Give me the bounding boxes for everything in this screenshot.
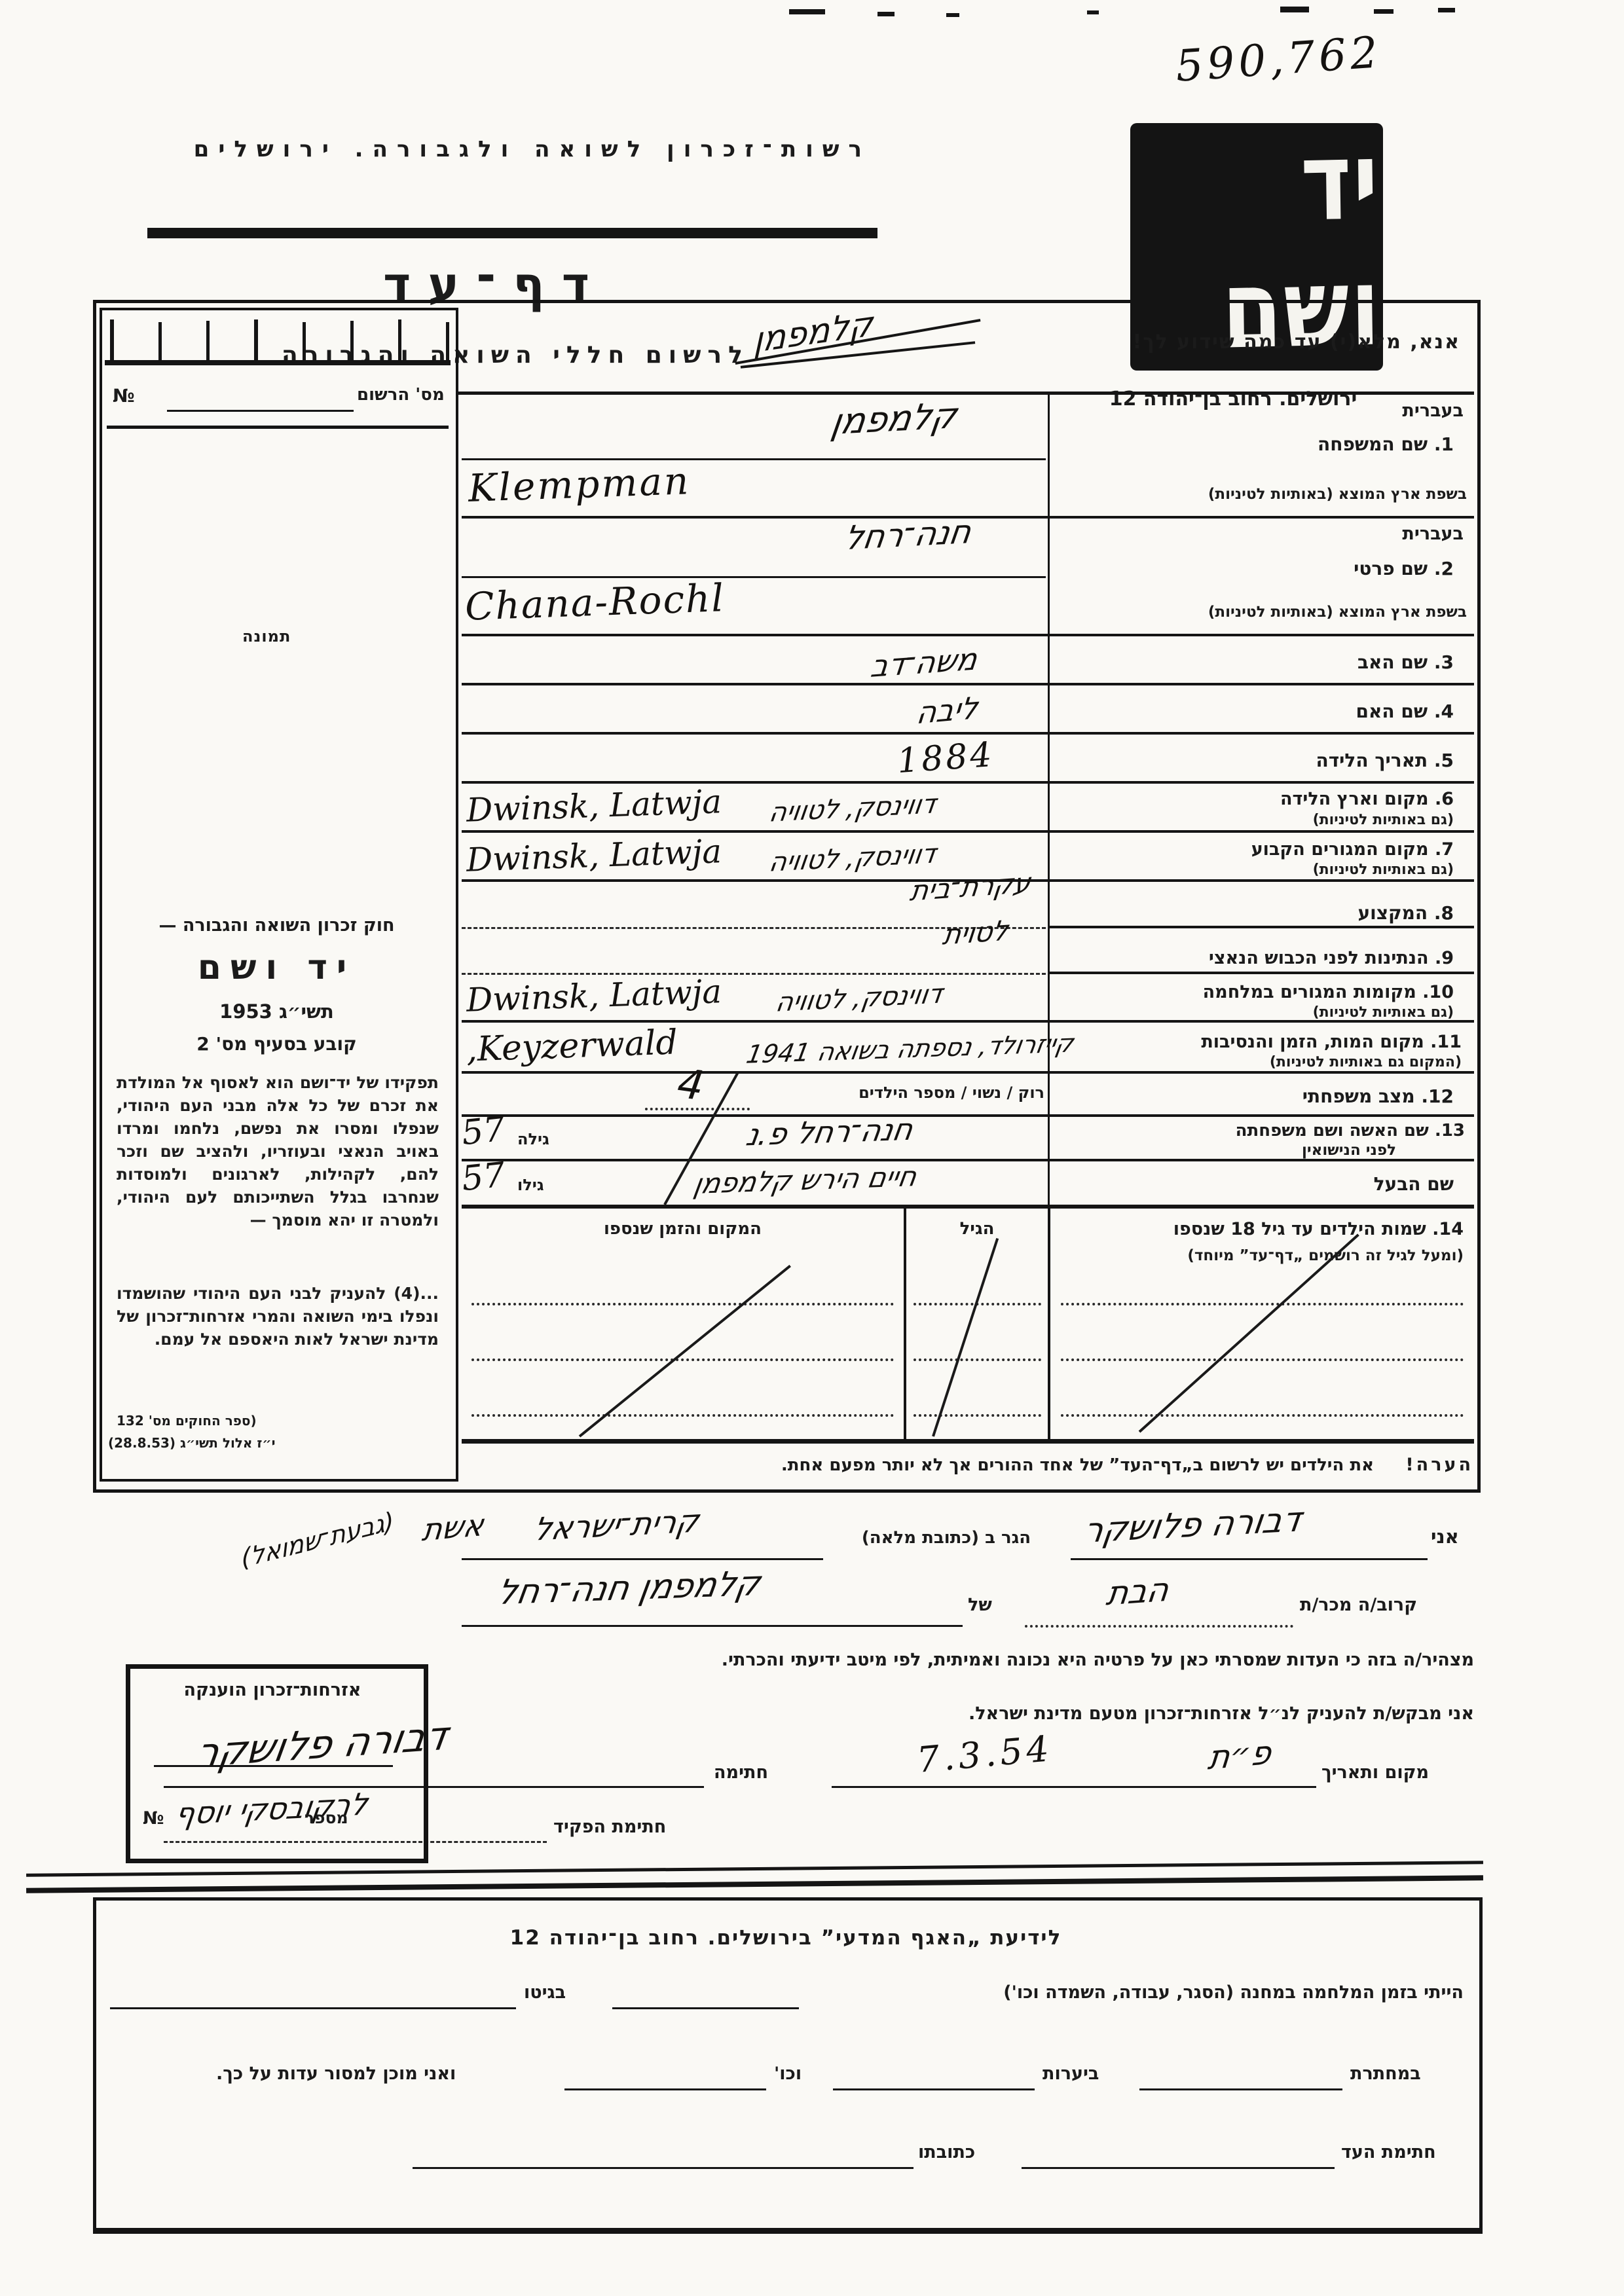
field-10-sub: (גם באותיות לטיניות) bbox=[1061, 1004, 1454, 1021]
label-column-divider bbox=[1048, 393, 1050, 1205]
field-4-label: 4. שם האם bbox=[1061, 701, 1454, 722]
header-rule bbox=[147, 228, 877, 238]
law-section: קובע בסעיף מס' 2 bbox=[111, 1033, 442, 1055]
decl-request: אני מבקש/ת להעניק לנ״ל אזרחות־זכרון מטעם… bbox=[462, 1704, 1474, 1724]
footer-camp-blank bbox=[612, 1985, 799, 2009]
footer-ghetto-blank bbox=[110, 1985, 516, 2009]
field-3-label: 3. שם האב bbox=[1061, 651, 1454, 673]
wife-age-label: גילה bbox=[517, 1130, 549, 1148]
children-row-line bbox=[913, 1394, 1041, 1417]
answer-wife-name: חנה־רחל פ.נ bbox=[743, 1111, 915, 1152]
row-divider bbox=[462, 1114, 1474, 1117]
answer-birth-year: 1884 bbox=[896, 735, 995, 781]
footer-underground-blank bbox=[1139, 2066, 1342, 2090]
field-9-label: 9. הנתינות לפני הכבוש הנאצי bbox=[1061, 948, 1454, 968]
decl-statement: מצהיר/ה בזה כי העדות שמסרתי כאן על פרטיה… bbox=[462, 1650, 1474, 1670]
children-table-bottom bbox=[462, 1439, 1474, 1444]
footer-forests-blank bbox=[833, 2066, 1035, 2090]
footer-line1-camp: הייתי בזמן המלחמה במחנה (הסגר, עבודה, הש… bbox=[805, 1982, 1464, 2003]
law-year: תשי״ג 1953 bbox=[111, 1000, 442, 1023]
footer-line2-forests: ביערות bbox=[1043, 2064, 1099, 2084]
children-table-vertical bbox=[1048, 1205, 1050, 1440]
husband-age-label: גילו bbox=[517, 1176, 544, 1194]
children-row-line bbox=[471, 1339, 894, 1361]
children-row-line bbox=[1061, 1394, 1464, 1417]
field-7-label: 7. מקום המגורים הקבוע bbox=[1061, 839, 1454, 860]
footer-etc-blank bbox=[564, 2066, 766, 2090]
section-divider-thick bbox=[26, 1875, 1483, 1893]
row-divider bbox=[462, 634, 1474, 636]
children-col-names-sub: (ומעל לגיל זה רושמים „דף־עד” מיוחד) bbox=[1061, 1247, 1464, 1264]
decl-of: של bbox=[968, 1595, 992, 1615]
footer-notice: לידיעת „האגף המדעי” בירושלים. רחוב בן־יה… bbox=[105, 1926, 1467, 1950]
children-row-line bbox=[471, 1283, 894, 1305]
law-yad-vashem: יד ושם bbox=[111, 948, 442, 987]
footer-line1-ghetto: בגיטו bbox=[524, 1982, 566, 2003]
children-row-line bbox=[1061, 1283, 1464, 1305]
registration-number-label: מס' הרשום bbox=[357, 385, 449, 405]
answer-family-name-he: קלמפמן bbox=[828, 395, 960, 443]
law-title: חוק זכרון השואה והגבורה — bbox=[111, 915, 442, 936]
field-5-label: 5. תאריך הלידה bbox=[1061, 750, 1454, 771]
law-clause: ‏...(4) להעניק לבני העם היהודי שהושמדו ו… bbox=[117, 1282, 439, 1351]
field-2-he-underline bbox=[462, 553, 1046, 578]
field-8-label: 8. המקצוע bbox=[1061, 902, 1454, 924]
field-1-he-underline bbox=[462, 435, 1046, 460]
tick-mark bbox=[303, 322, 306, 360]
archive-number-handwriting: 590,762 bbox=[1174, 27, 1384, 92]
husband-age-value: 57 bbox=[460, 1156, 507, 1199]
field-1-pre: בעברית bbox=[1061, 401, 1464, 421]
registration-no-symbol: № bbox=[113, 385, 135, 407]
footer-line2-underground: במחתרת bbox=[1350, 2064, 1421, 2084]
husband-label: שם הבעל bbox=[1061, 1173, 1454, 1195]
decl-resides: הגר ב (כתובת מלאה) bbox=[826, 1528, 1066, 1548]
field-10-label: 10. מקומות המגורים במלחמה bbox=[1061, 982, 1454, 1002]
ticks-baseline bbox=[105, 360, 451, 365]
registration-number-blank bbox=[167, 385, 354, 412]
answer-mother-name: ליבה bbox=[915, 690, 980, 731]
scan-artifact-dash bbox=[1374, 9, 1393, 14]
tick-mark bbox=[110, 319, 114, 360]
scan-artifact-dash bbox=[1087, 10, 1099, 14]
row-divider bbox=[1048, 972, 1474, 974]
tick-mark bbox=[206, 321, 210, 360]
footer-line3-witness-signature: חתימת העד bbox=[1341, 2142, 1436, 2162]
children-col-names: 14. שמות הילדים עד גיל 18 שנספו bbox=[1061, 1219, 1464, 1239]
date-blank bbox=[832, 1760, 1316, 1788]
children-col-place: המקום והזמן שנספו bbox=[462, 1219, 904, 1239]
tick-mark bbox=[446, 322, 449, 360]
granted-blank bbox=[154, 1741, 393, 1767]
place-date-label: מקום ותאריך bbox=[1321, 1762, 1429, 1783]
decl-i: אני bbox=[1431, 1525, 1459, 1548]
granted-number-label: מספר bbox=[304, 1808, 348, 1827]
authority-title: רשות־זכרון לשואה ולגבורה. ירושלים bbox=[194, 136, 871, 162]
field-11-sub: (המקום גם באותיות לטיניות) bbox=[1056, 1054, 1462, 1070]
answer-death-place-lat: Keyzerwald, bbox=[466, 1023, 678, 1069]
field-1-label: 1. שם המשפחה bbox=[1061, 433, 1454, 455]
children-row-line bbox=[913, 1339, 1041, 1361]
testimony-page-scan: 590,762 רשות־זכרון לשואה ולגבורה. ירושלי… bbox=[0, 0, 1624, 2296]
row-divider bbox=[462, 683, 1474, 685]
children-note-title: הערה! bbox=[1405, 1455, 1473, 1475]
decl-relation-handwriting: הבת bbox=[1104, 1570, 1171, 1613]
sidebar-rule bbox=[107, 426, 449, 429]
footer-line2-etc: וכו' bbox=[774, 2064, 802, 2084]
tick-mark bbox=[254, 319, 258, 360]
footer-witness-signature-blank bbox=[1022, 2145, 1335, 2169]
decl-address-extra-handwriting: אשת bbox=[420, 1507, 486, 1548]
children-row-line bbox=[471, 1394, 894, 1417]
row-divider bbox=[462, 830, 1474, 833]
answer-citizenship: לטוית bbox=[941, 914, 1010, 951]
tick-mark bbox=[350, 321, 354, 360]
footer-line2-willing: ואני מוכן למסור עדות על כך. bbox=[216, 2064, 557, 2084]
law-ref-2: י״ז אלול תשי״ג (28.8.53) bbox=[108, 1435, 276, 1451]
field-2-label: 2. שם פרטי bbox=[1061, 558, 1454, 579]
field-2-sub: בשפת ארץ המוצא (באותיות לטיניות) bbox=[1058, 604, 1467, 621]
wife-age-value: 57 bbox=[460, 1110, 507, 1154]
field-13-label2: לפני הנישואין bbox=[1056, 1142, 1396, 1159]
decl-address-diagonal-handwriting: (גבעת־שמואל) bbox=[240, 1506, 395, 1574]
row-divider bbox=[462, 1020, 1474, 1023]
granted-no-symbol: № bbox=[143, 1808, 164, 1829]
decl-relative: קרוב/ה מכר/ת bbox=[1300, 1595, 1417, 1615]
granted-title: אזרחות־זכרון הוענקה bbox=[131, 1680, 414, 1700]
law-body: תפקידו של יד־ושם הוא לאסוף אל המולדת את … bbox=[117, 1071, 439, 1231]
row-divider bbox=[462, 732, 1474, 735]
instruction-rule bbox=[458, 392, 1474, 395]
signature-label: חתימה bbox=[714, 1762, 768, 1783]
children-note: הערה! את הילדים יש לרשום ב„דף־העד” של אח… bbox=[471, 1455, 1473, 1475]
footer-address-blank bbox=[413, 2145, 913, 2169]
children-row-line bbox=[1061, 1339, 1464, 1361]
row-divider bbox=[1048, 926, 1474, 928]
field-11-label: 11. מקום המות, הזמן והנסיבות bbox=[1056, 1032, 1462, 1052]
field-12-label: 12. מצב משפחתי bbox=[1061, 1085, 1454, 1107]
children-note-text: את הילדים יש לרשום ב„דף־העד” של אחד ההור… bbox=[781, 1455, 1374, 1475]
law-ref-1: (ספר החוקים מס' 132 bbox=[117, 1413, 257, 1429]
marital-options-printed: רוק / נשוי / מספר הילדים bbox=[753, 1084, 1044, 1102]
ticks-strip bbox=[110, 314, 449, 360]
tick-mark bbox=[158, 322, 162, 360]
field-6-sub: (גם באותיות לטיניות) bbox=[1061, 812, 1454, 828]
scan-artifact-dash bbox=[1438, 8, 1455, 12]
scan-artifact-dash bbox=[946, 13, 959, 17]
field-13-label: 13. שם האשה ושם משפחתה bbox=[1056, 1121, 1465, 1140]
clerk-signature-label: חתימת הפקיד bbox=[553, 1817, 666, 1837]
field-7-sub: (גם באותיות לטיניות) bbox=[1061, 862, 1454, 878]
scan-artifact-dash bbox=[877, 12, 895, 16]
footer-line3-address: כתובתו bbox=[918, 2142, 975, 2162]
children-table-top bbox=[462, 1205, 1474, 1209]
row-divider bbox=[462, 781, 1474, 784]
children-col-age: הגיל bbox=[906, 1219, 1048, 1239]
answer-family-name-lat: Klempman bbox=[468, 458, 691, 511]
children-table-vertical bbox=[904, 1205, 906, 1440]
field-9-underline-dashed bbox=[462, 951, 1046, 975]
field-6-label: 6. מקום וארץ הלידה bbox=[1061, 789, 1454, 809]
answer-first-name-lat: Chana-Rochl bbox=[464, 575, 726, 629]
photo-placeholder-label: תמונה bbox=[242, 627, 291, 646]
fill-instruction: אנא, מלא(י) עד כמה שידוע לך! bbox=[910, 331, 1460, 354]
scan-artifact-dash bbox=[1280, 7, 1309, 12]
field-2-pre: בעברית bbox=[1061, 524, 1464, 544]
tick-mark bbox=[398, 319, 401, 360]
row-divider bbox=[462, 1071, 1474, 1074]
row-divider bbox=[462, 1159, 1474, 1161]
answer-first-name-he: חנה־רחל bbox=[841, 513, 974, 558]
scan-artifact-dash bbox=[789, 9, 825, 14]
field-1-sub: בשפת ארץ המוצא (באותיות לטיניות) bbox=[1058, 486, 1467, 503]
